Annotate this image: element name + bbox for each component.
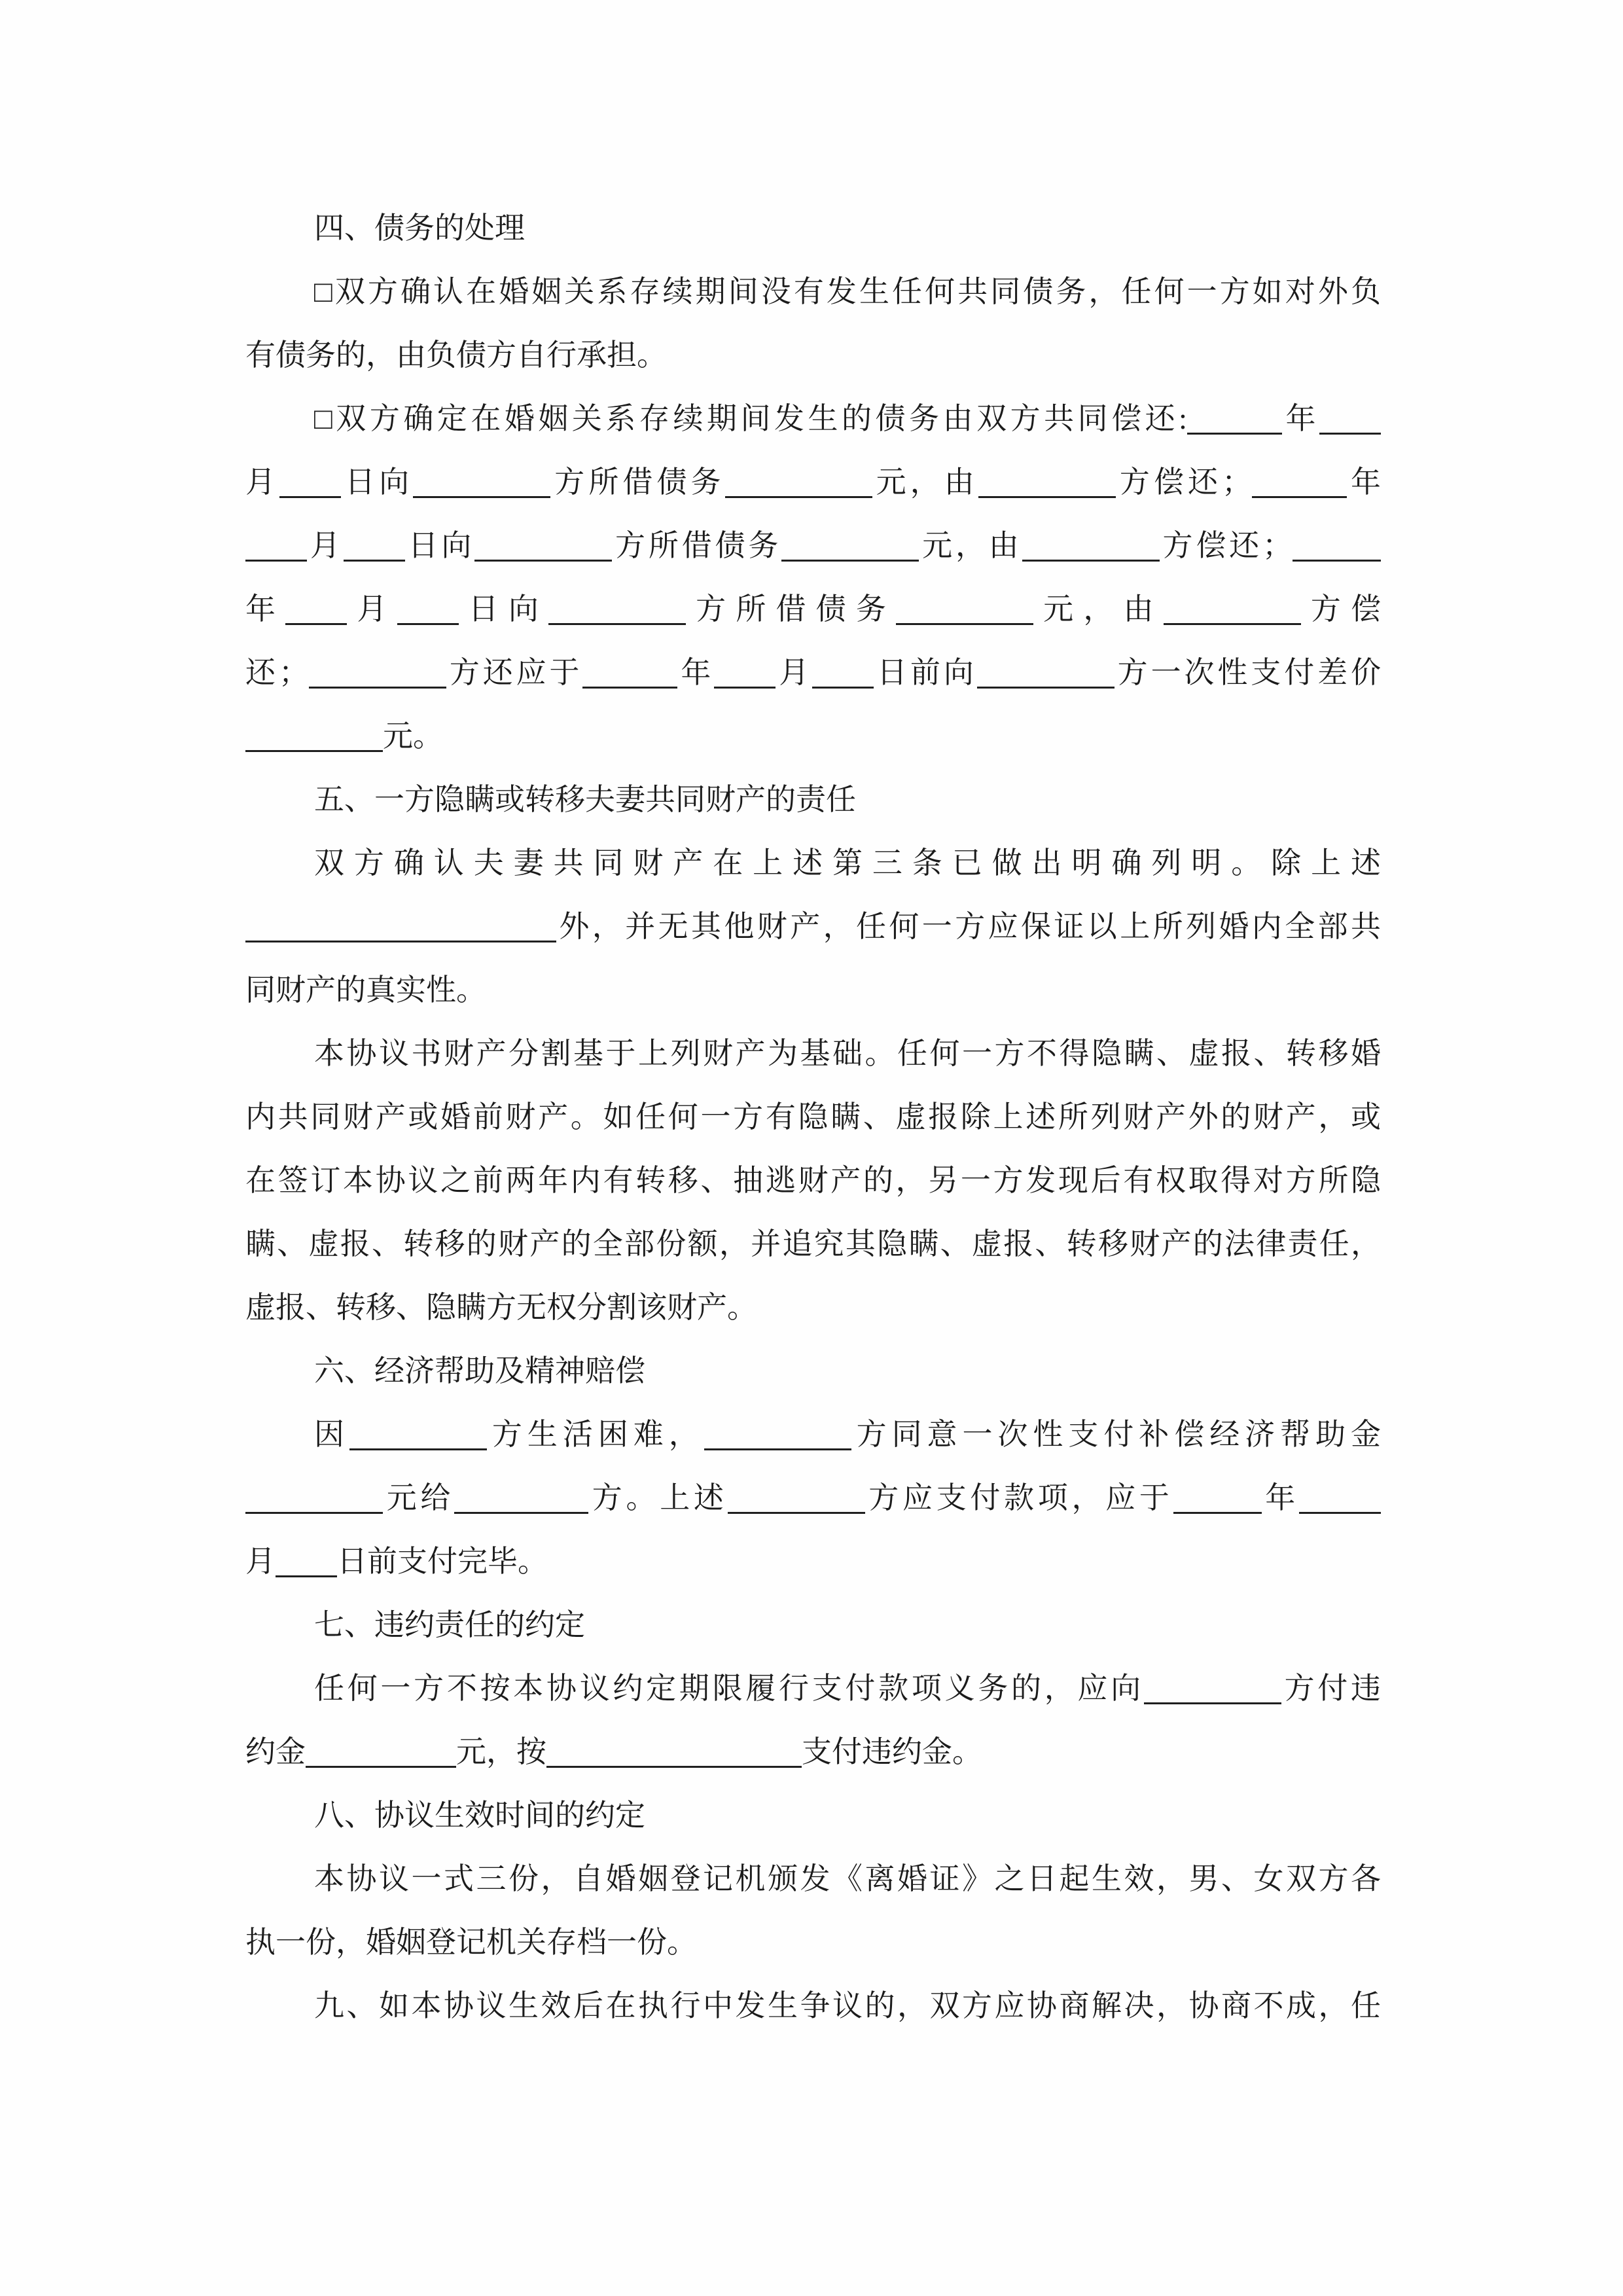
text-run: 月 — [245, 1545, 276, 1578]
fill-in-blank — [781, 560, 919, 562]
document-line: 因方生活困难，方同意一次性支付补偿经济帮助金 — [245, 1403, 1381, 1466]
fill-in-blank — [1319, 433, 1381, 435]
document-line: □双方确认在婚姻关系存续期间没有发生任何共同债务，任何一方如对外负 — [245, 260, 1381, 323]
fill-in-blank — [714, 687, 776, 689]
fill-in-blank — [1187, 433, 1282, 435]
fill-in-blank — [1299, 1512, 1381, 1514]
document-line: 月日向方所借债务元，由方偿还；年 — [245, 450, 1381, 514]
text-run: 月 — [347, 592, 397, 626]
section-heading: 七、违约责任的约定 — [245, 1593, 1381, 1657]
text-run: 同财产的真实性。 — [245, 973, 486, 1007]
text-run: □双方确定在婚姻关系存续期间发生的债务由双方共同偿还: — [314, 402, 1187, 435]
text-run: 本协议书财产分割基于上列财产为基础。任何一方不得隐瞒、虚报、转移婚 — [314, 1037, 1381, 1070]
fill-in-blank — [546, 1766, 802, 1768]
fill-in-blank — [245, 1512, 383, 1514]
fill-in-blank — [725, 496, 872, 498]
text-run: 还； — [245, 656, 309, 689]
text-run: 支付违约金。 — [802, 1735, 982, 1768]
document-page: 四、债务的处理□双方确认在婚姻关系存续期间没有发生任何共同债务，任何一方如对外负… — [0, 0, 1623, 2296]
text-run: 双方确认夫妻共同财产在上述第三条已做出明确列明。除上述 — [314, 846, 1381, 880]
document-line: 还；方还应于年月日前向方一次性支付差价 — [245, 641, 1381, 704]
fill-in-blank — [309, 687, 446, 689]
fill-in-blank — [977, 687, 1115, 689]
text-run: 任何一方不按本协议约定期限履行支付款项义务的，应向 — [314, 1672, 1144, 1705]
fill-in-blank — [896, 623, 1033, 625]
fill-in-blank — [582, 687, 677, 689]
text-run: 七、违约责任的约定 — [314, 1608, 585, 1641]
text-run: 元，按 — [456, 1735, 546, 1768]
text-run: 因 — [314, 1418, 349, 1451]
text-run: 虚报、转移、隐瞒方无权分割该财产。 — [245, 1291, 757, 1324]
text-run: 方生活困难， — [487, 1418, 704, 1451]
section-heading: 八、协议生效时间的约定 — [245, 1784, 1381, 1847]
document-line: 元给方。上述方应支付款项，应于年 — [245, 1466, 1381, 1530]
document-line: 瞒、虚报、转移的财产的全部份额，并追究其隐瞒、虚报、转移财产的法律责任， — [245, 1212, 1381, 1276]
fill-in-blank — [245, 560, 307, 562]
text-run: 方一次性支付差价 — [1115, 656, 1381, 689]
fill-in-blank — [245, 750, 383, 752]
text-run: 方还应于 — [446, 656, 583, 689]
text-run: 外，并无其他财产，任何一方应保证以上所列婚内全部共 — [556, 910, 1381, 943]
text-run: 执一份，婚姻登记机关存档一份。 — [245, 1926, 697, 1959]
text-run: 在签订本协议之前两年内有转移、抽逃财产的，另一方发现后有权取得对方所隐 — [245, 1164, 1381, 1197]
text-run: 元给 — [383, 1481, 454, 1515]
fill-in-blank — [812, 687, 874, 689]
text-run: 方所借债务 — [612, 529, 781, 562]
text-run: 日向 — [341, 465, 413, 499]
document-line: 虚报、转移、隐瞒方无权分割该财产。 — [245, 1276, 1381, 1339]
fill-in-blank — [728, 1512, 865, 1514]
fill-in-blank — [1144, 1702, 1281, 1704]
text-run: 方付违 — [1281, 1672, 1381, 1705]
text-run: 本协议一式三份，自婚姻登记机颁发《离婚证》之日起生效，男、女双方各 — [314, 1862, 1381, 1895]
text-run: 方偿 — [1301, 592, 1381, 626]
document-line: 年月日向方所借债务元，由方偿 — [245, 577, 1381, 641]
text-run: 月 — [776, 656, 812, 689]
document-line: 任何一方不按本协议约定期限履行支付款项义务的，应向方付违 — [245, 1657, 1381, 1720]
fill-in-blank — [285, 623, 347, 625]
text-run: 瞒、虚报、转移的财产的全部份额，并追究其隐瞒、虚报、转移财产的法律责任， — [245, 1227, 1381, 1261]
fill-in-blank — [344, 560, 405, 562]
document-line: 执一份，婚姻登记机关存档一份。 — [245, 1910, 1381, 1974]
document-line: 双方确认夫妻共同财产在上述第三条已做出明确列明。除上述 — [245, 831, 1381, 895]
document-line: 元。 — [245, 704, 1381, 768]
fill-in-blank — [474, 560, 612, 562]
fill-in-blank — [306, 1766, 456, 1768]
text-run: 方同意一次性支付补偿经济帮助金 — [851, 1418, 1381, 1451]
text-run: 方偿还； — [1116, 465, 1252, 499]
text-run: 月 — [307, 529, 344, 562]
text-run: 年 — [1262, 1481, 1299, 1515]
text-run: 年 — [1282, 402, 1319, 435]
text-run: 年 — [245, 592, 285, 626]
text-run: 方偿还； — [1160, 529, 1293, 562]
document-line: 月日向方所借债务元，由方偿还； — [245, 514, 1381, 577]
document-line: 九、如本协议生效后在执行中发生争议的，双方应协商解决，协商不成，任 — [245, 1974, 1381, 2037]
text-run: 月 — [245, 465, 279, 499]
text-run: 元，由 — [919, 529, 1022, 562]
fill-in-blank — [397, 623, 459, 625]
text-run: 日前支付完毕。 — [337, 1545, 548, 1578]
document-line: 月日前支付完毕。 — [245, 1530, 1381, 1593]
text-run: 元，由 — [872, 465, 978, 499]
text-run: 有债务的，由负债方自行承担。 — [245, 338, 667, 372]
text-run: 八、协议生效时间的约定 — [314, 1799, 645, 1832]
text-run: 元，由 — [1033, 592, 1164, 626]
document-line: 本协议一式三份，自婚姻登记机颁发《离婚证》之日起生效，男、女双方各 — [245, 1847, 1381, 1910]
text-run: 方应支付款项，应于 — [865, 1481, 1173, 1515]
document-line: 本协议书财产分割基于上列财产为基础。任何一方不得隐瞒、虚报、转移婚 — [245, 1022, 1381, 1085]
document-body: 四、债务的处理□双方确认在婚姻关系存续期间没有发生任何共同债务，任何一方如对外负… — [245, 196, 1381, 2037]
document-line: 有债务的，由负债方自行承担。 — [245, 323, 1381, 387]
text-run: 方所借债务 — [550, 465, 724, 499]
document-line: 约金元，按支付违约金。 — [245, 1720, 1381, 1784]
text-run: 年 — [1347, 465, 1381, 499]
text-run: 六、经济帮助及精神赔偿 — [314, 1354, 645, 1388]
document-line: 在签订本协议之前两年内有转移、抽逃财产的，另一方发现后有权取得对方所隐 — [245, 1149, 1381, 1212]
fill-in-blank — [454, 1512, 588, 1514]
text-run: 日前向 — [874, 656, 977, 689]
fill-in-blank — [1022, 560, 1160, 562]
fill-in-blank — [1164, 623, 1301, 625]
fill-in-blank — [978, 496, 1116, 498]
text-run: 日向 — [459, 592, 549, 626]
section-heading: 五、一方隐瞒或转移夫妻共同财产的责任 — [245, 768, 1381, 831]
section-heading: 四、债务的处理 — [245, 196, 1381, 260]
text-run: 元。 — [383, 719, 443, 753]
section-heading: 六、经济帮助及精神赔偿 — [245, 1339, 1381, 1403]
text-run: 约金 — [245, 1735, 306, 1768]
text-run: 内共同财产或婚前财产。如任何一方有隐瞒、虚报除上述所列财产外的财产，或 — [245, 1100, 1381, 1134]
fill-in-blank — [704, 1448, 851, 1450]
text-run: □双方确认在婚姻关系存续期间没有发生任何共同债务，任何一方如对外负 — [314, 275, 1381, 308]
fill-in-blank — [1293, 560, 1381, 562]
fill-in-blank — [1252, 496, 1347, 498]
fill-in-blank — [413, 496, 550, 498]
text-run: 日向 — [405, 529, 475, 562]
text-run: 方。上述 — [588, 1481, 728, 1515]
text-run: 五、一方隐瞒或转移夫妻共同财产的责任 — [314, 783, 856, 816]
fill-in-blank — [279, 496, 341, 498]
document-line: □双方确定在婚姻关系存续期间发生的债务由双方共同偿还:年 — [245, 387, 1381, 450]
fill-in-blank — [548, 623, 686, 625]
fill-in-blank — [349, 1448, 487, 1450]
document-line: 内共同财产或婚前财产。如任何一方有隐瞒、虚报除上述所列财产外的财产，或 — [245, 1085, 1381, 1149]
text-run: 四、债务的处理 — [314, 211, 525, 245]
text-run: 九、如本协议生效后在执行中发生争议的，双方应协商解决，协商不成，任 — [314, 1989, 1381, 2022]
fill-in-blank — [1173, 1512, 1262, 1514]
text-run: 年 — [677, 656, 714, 689]
fill-in-blank — [245, 941, 556, 942]
document-line: 同财产的真实性。 — [245, 958, 1381, 1022]
fill-in-blank — [276, 1575, 337, 1577]
document-line: 外，并无其他财产，任何一方应保证以上所列婚内全部共 — [245, 895, 1381, 958]
text-run: 方所借债务 — [686, 592, 896, 626]
